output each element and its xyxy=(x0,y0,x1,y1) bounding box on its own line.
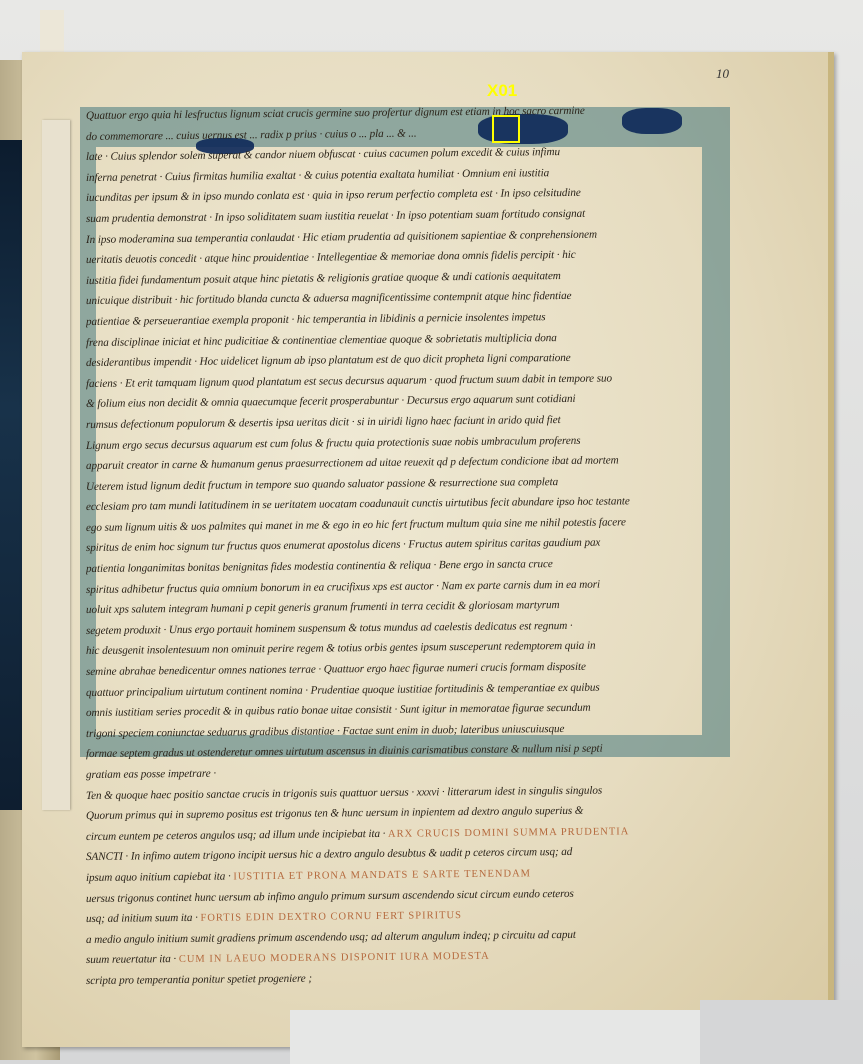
manuscript-text: Quattuor ergo quia hi lesfructus lignum … xyxy=(86,106,726,992)
folio-number: 10 xyxy=(716,66,729,82)
rubric-text: IUSTITIA ET PRONA MANDATS E SARTE TENEND… xyxy=(233,868,531,882)
annotation-box xyxy=(492,115,520,143)
paper-strip-marker xyxy=(42,120,70,810)
annotation-label: X01 xyxy=(487,81,517,101)
facing-page-blue-panel xyxy=(0,140,22,810)
table-surface-right xyxy=(700,1000,863,1064)
rubric-text: ARX CRUCIS DOMINI SUMMA PRUDENTIA xyxy=(388,826,629,840)
rubric-text: FORTIS EDIN DEXTRO CORNU FERT SPIRITUS xyxy=(200,910,462,924)
table-surface-bottom xyxy=(290,1010,700,1064)
rubric-text: CUM IN LAEUO MODERANS DISPONIT IURA MODE… xyxy=(179,951,490,965)
